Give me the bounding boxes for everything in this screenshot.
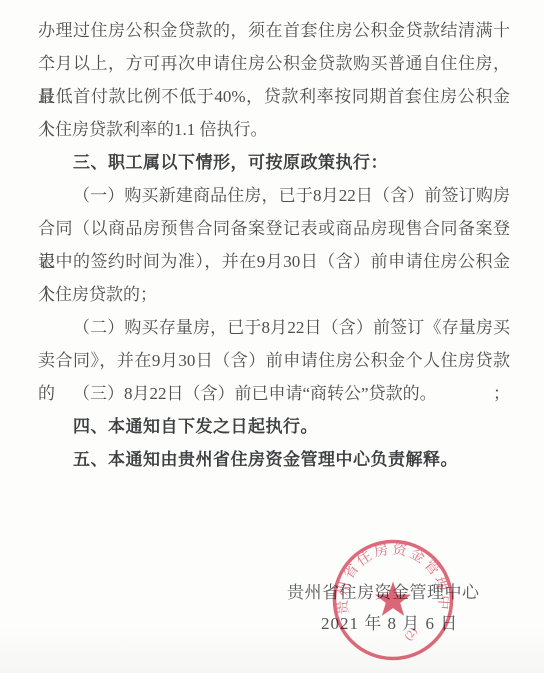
doc-line: （二）购买存量房，已于8月22日（含）前签订《存量房买 — [38, 311, 510, 344]
section-heading-4: 四、本通知自下发之日起执行。 — [38, 410, 510, 443]
notice-body: 办理过住房公积金贷款的，须在首套住房公积金贷款结清满十二 个月以上，方可再次申请… — [38, 14, 510, 476]
doc-line: 办理过住房公积金贷款的，须在首套住房公积金贷款结清满十二 — [38, 14, 510, 47]
section-heading-3: 三、职工属以下情形，可按原政策执行： — [38, 146, 510, 179]
doc-line: 卖合同》，并在9月30日（含）前申请住房公积金个人住房贷款的； — [38, 344, 510, 377]
signature-date: 2021 年 8 月 6 日 — [321, 609, 458, 634]
signature-org: 贵州省住房资金管理中心 — [287, 578, 480, 603]
scanned-notice-page: 办理过住房公积金贷款的，须在首套住房公积金贷款结清满十二 个月以上，方可再次申请… — [0, 0, 544, 673]
doc-line: 合同（以商品房预售合同备案登记表或商品房现售合同备案登记 — [38, 212, 510, 245]
doc-line: 最低首付款比例不低于40%，贷款利率按同期首套住房公积金个 — [38, 80, 510, 113]
doc-line: 个月以上，方可再次申请住房公积金贷款购买普通自住住房，且 — [38, 47, 510, 80]
doc-line: 人住房贷款的； — [38, 278, 510, 311]
section-heading-5: 五、本通知由贵州省住房资金管理中心负责解释。 — [38, 443, 510, 476]
doc-line: （一）购买新建商品住房，已于8月22日（含）前签订购房 — [38, 179, 510, 212]
doc-line: 人住房贷款利率的1.1 倍执行。 — [38, 113, 510, 146]
doc-line: 表中的签约时间为准），并在9月30日（含）前申请住房公积金个 — [38, 245, 510, 278]
